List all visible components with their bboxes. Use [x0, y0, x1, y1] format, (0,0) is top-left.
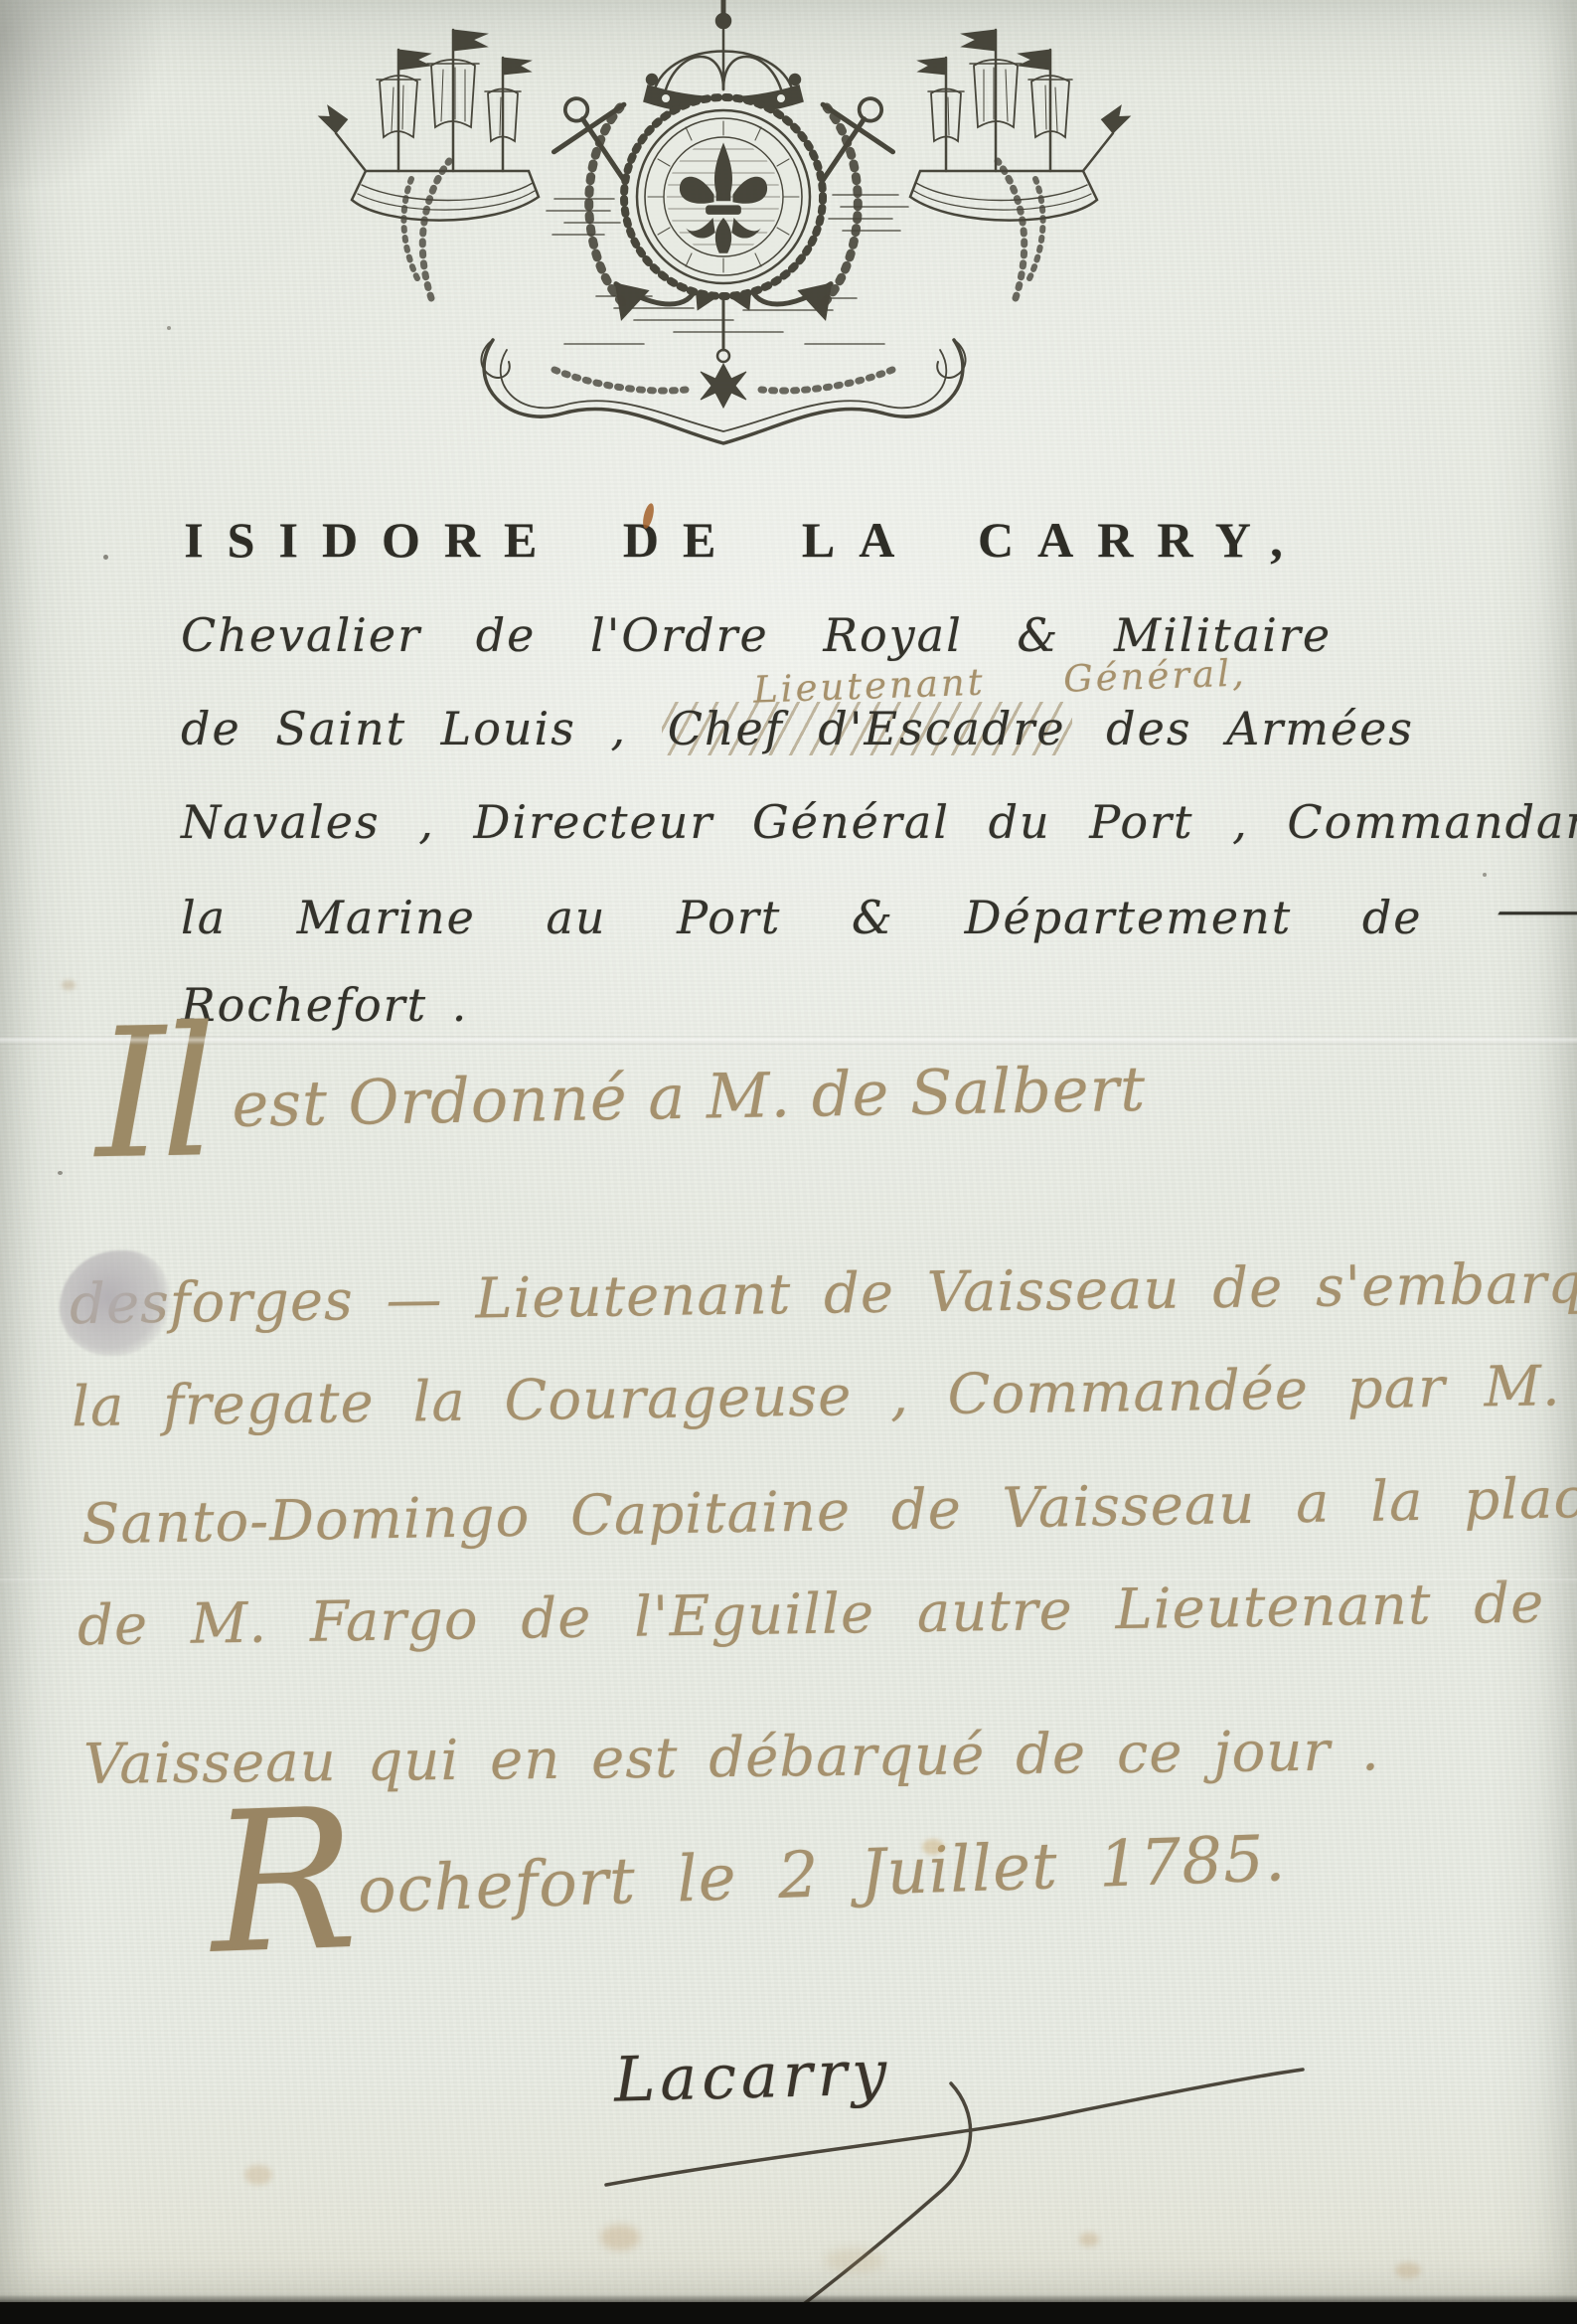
erasure-smudge	[60, 1250, 169, 1356]
paper-crease	[0, 1036, 1577, 1045]
document-title: ISIDORE DE LA CARRY,	[0, 511, 1491, 569]
printed-line-3: Navales , Directeur Général du Port , Co…	[181, 795, 1577, 849]
printed-line-2-prefix: de Saint Louis ,	[181, 702, 662, 755]
dateline-initial: R	[207, 1766, 362, 1997]
ink-speck	[58, 1171, 63, 1175]
foxing-spot	[1395, 2262, 1421, 2278]
paper-crease-faint	[0, 1578, 1577, 1584]
manuscript-line-2: desforges — Lieutenant de Vaisseau de s'…	[70, 1248, 1577, 1337]
ink-speck	[103, 555, 108, 560]
scan-edge-strip	[0, 2302, 1577, 2324]
foxing-spot	[600, 2225, 640, 2250]
foxing-spot	[62, 980, 76, 990]
corner-shadow	[0, 0, 169, 189]
manuscript-line-4: Santo-Domingo Capitaine de Vaisseau a la…	[81, 1465, 1577, 1557]
flourish-dash: —	[1493, 883, 1577, 936]
naval-coat-of-arms-vignette	[316, 0, 1133, 465]
manuscript-dateline: Rochefort le 2 Juillet 1785.	[210, 1822, 1287, 1933]
ink-speck	[167, 326, 171, 330]
printed-line-5: Rochefort .	[181, 978, 468, 1032]
printed-line-2-suffix: des Armées	[1072, 702, 1414, 755]
manuscript-line-3: la fregate la Courageuse , Commandée par…	[72, 1353, 1577, 1439]
foxing-spot	[825, 2248, 884, 2272]
manuscript-line-1: Il est Ordonné a M. de Salbert	[94, 1053, 1146, 1143]
foxing-spot	[244, 2165, 272, 2185]
printed-line-4: la Marine au Port & Département de —	[181, 891, 1540, 944]
scan-edge-fade	[0, 2294, 1577, 2302]
document-page: ISIDORE DE LA CARRY, Chevalier de l'Ordr…	[0, 0, 1577, 2324]
order-cross-icon	[701, 298, 746, 408]
manuscript-initial: Il	[93, 989, 213, 1199]
manuscript-line-1-text: est Ordonné a M. de Salbert	[211, 1053, 1147, 1141]
foxing-spot	[1079, 2233, 1099, 2246]
foxing-spot	[922, 1839, 944, 1855]
printed-line-4-text: la Marine au Port & Département de	[181, 891, 1423, 944]
dateline-text: ochefort le 2 Juillet 1785.	[357, 1822, 1288, 1928]
ink-speck	[1483, 873, 1487, 877]
struck-text: Chef d'Escadre	[662, 702, 1072, 755]
medallion	[624, 97, 823, 296]
signature-flourish-icon	[552, 2016, 1356, 2316]
